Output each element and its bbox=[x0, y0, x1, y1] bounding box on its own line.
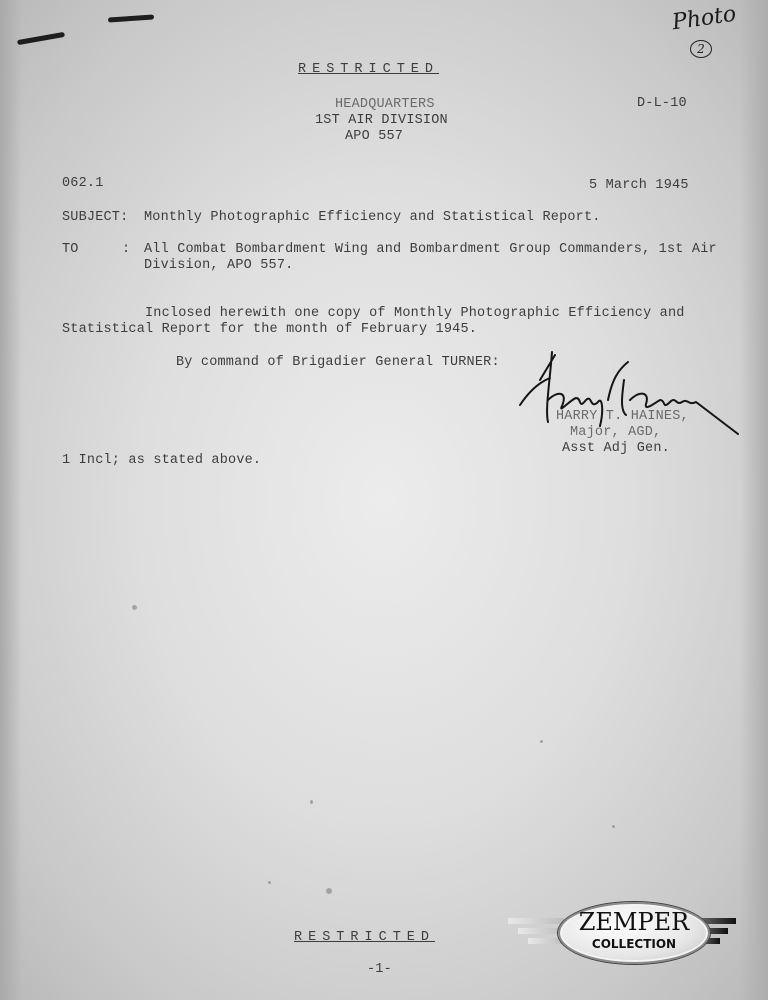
signer-title: Asst Adj Gen. bbox=[562, 441, 670, 456]
logo-brand: ZEMPER bbox=[560, 908, 708, 936]
file-reference: 062.1 bbox=[62, 176, 104, 191]
paper-speck bbox=[310, 800, 313, 804]
logo-wing-left bbox=[508, 918, 564, 924]
handwritten-circled-number: 2 bbox=[690, 40, 712, 58]
letterhead-apo: APO 557 bbox=[345, 129, 403, 144]
classification-top: RESTRICTED bbox=[298, 62, 439, 77]
to-recipients-line2: Division, APO 557. bbox=[144, 258, 293, 273]
command-line: By command of Brigadier General TURNER: bbox=[176, 355, 500, 370]
document-page: RESTRICTED Photo 2 D-L-10 HEADQUARTERS 1… bbox=[0, 0, 768, 1000]
letterhead-division: 1ST AIR DIVISION bbox=[315, 113, 448, 128]
logo-subtitle: COLLECTION bbox=[560, 937, 708, 951]
staple-mark-left bbox=[17, 32, 65, 45]
file-code: D-L-10 bbox=[637, 96, 687, 111]
paper-speck bbox=[132, 605, 137, 610]
enclosure-note: 1 Incl; as stated above. bbox=[62, 453, 261, 468]
letterhead-headquarters: HEADQUARTERS bbox=[335, 97, 435, 112]
signer-name: HARRY T. HAINES, bbox=[556, 409, 689, 424]
signer-rank: Major, AGD, bbox=[570, 425, 661, 440]
to-colon: : bbox=[122, 242, 130, 257]
body-line-1: Inclosed herewith one copy of Monthly Ph… bbox=[145, 306, 685, 321]
document-date: 5 March 1945 bbox=[589, 178, 689, 193]
logo-oval: ZEMPER COLLECTION bbox=[558, 902, 710, 964]
paper-speck bbox=[326, 888, 332, 894]
paper-speck bbox=[268, 881, 271, 884]
subject-label: SUBJECT: bbox=[62, 210, 128, 225]
body-line-2: Statistical Report for the month of Febr… bbox=[62, 322, 477, 337]
subject-text: Monthly Photographic Efficiency and Stat… bbox=[144, 210, 601, 225]
staple-mark-right bbox=[108, 14, 154, 22]
handwritten-note: Photo bbox=[671, 2, 738, 36]
scan-edge-right bbox=[740, 0, 768, 1000]
paper-speck bbox=[540, 740, 543, 743]
zemper-collection-watermark: ZEMPER COLLECTION bbox=[508, 900, 736, 964]
paper-speck bbox=[612, 825, 615, 828]
page-number: -1- bbox=[367, 962, 392, 977]
to-label: TO bbox=[62, 242, 79, 257]
to-recipients-line1: All Combat Bombardment Wing and Bombardm… bbox=[144, 242, 717, 257]
scan-edge-left bbox=[0, 0, 22, 1000]
classification-bottom: RESTRICTED bbox=[294, 930, 435, 945]
